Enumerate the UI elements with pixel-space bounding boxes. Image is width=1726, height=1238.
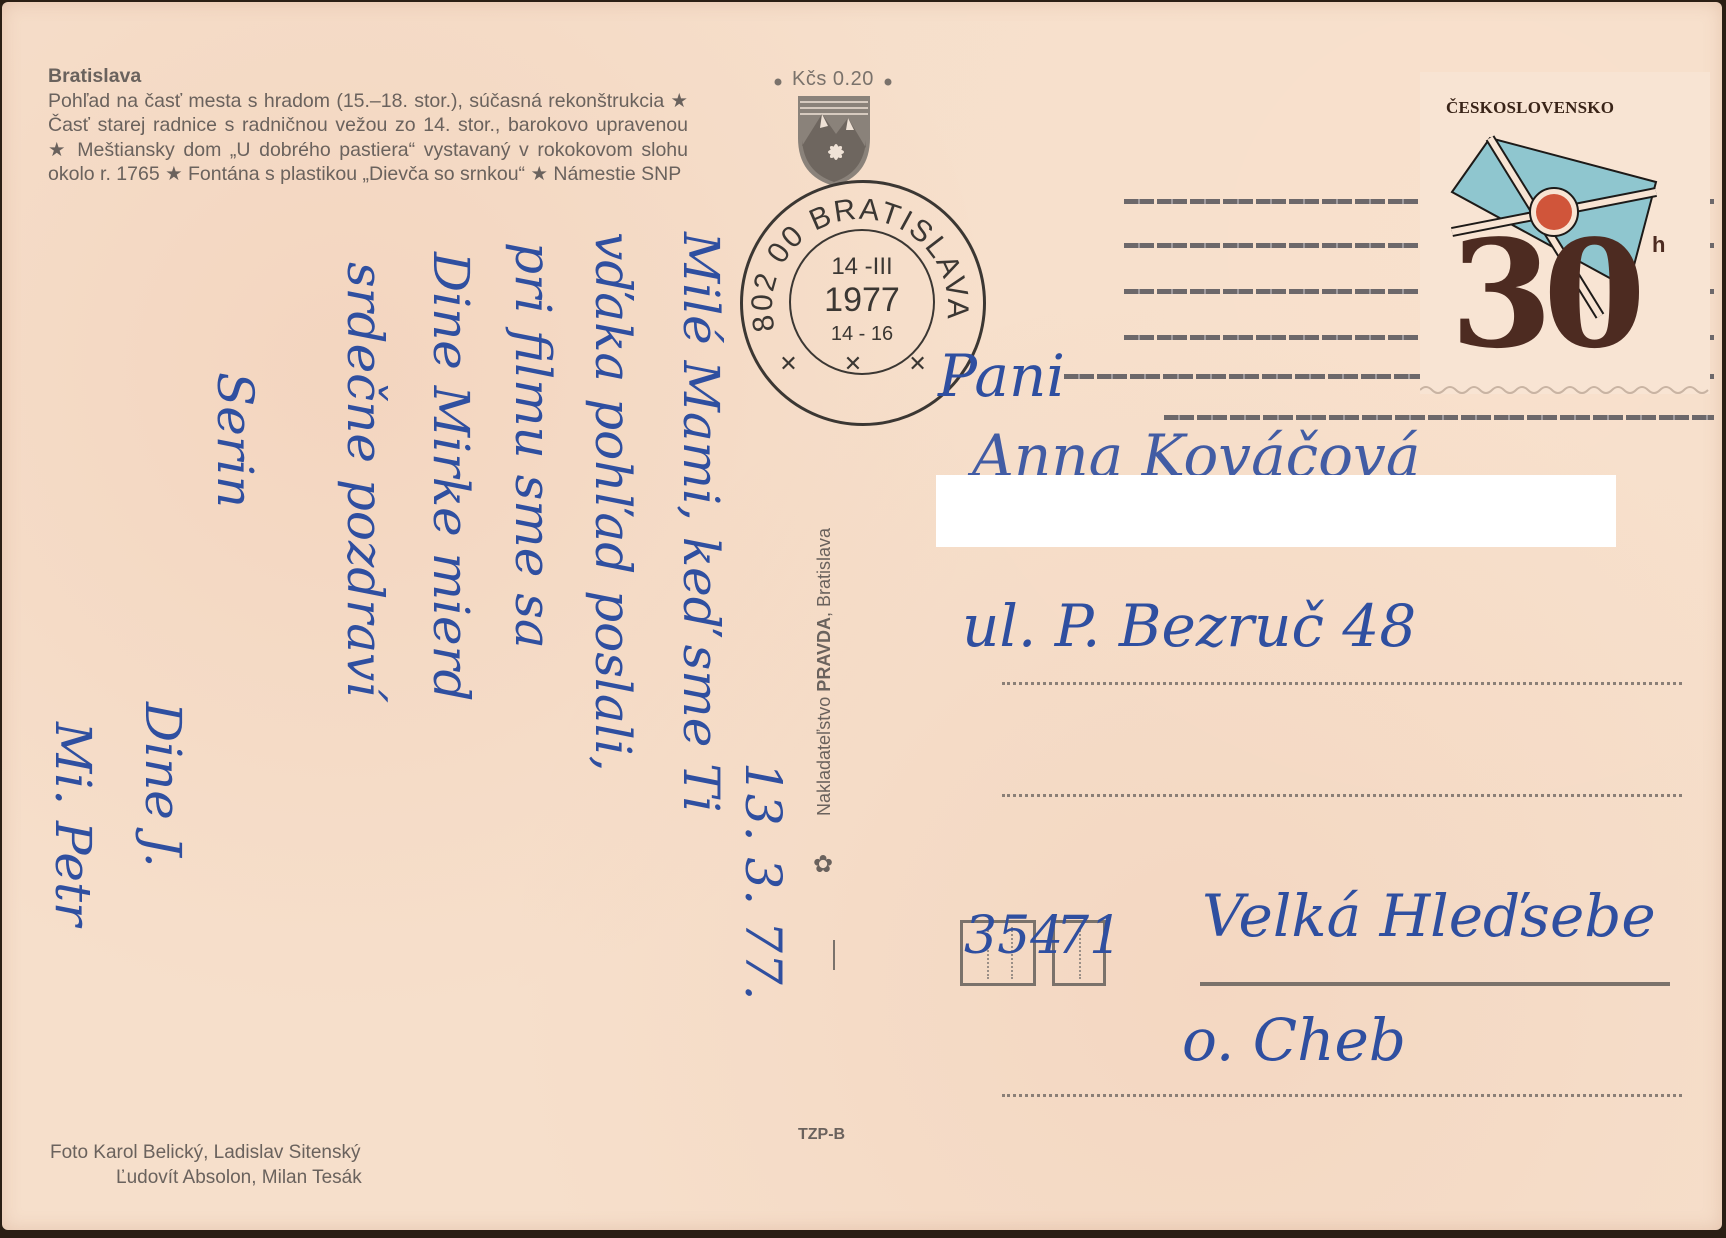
photo-credits: Foto Karol Belický, Ladislav Sitenský Ľu… bbox=[50, 1140, 362, 1190]
handwritten-salutation: Pani bbox=[938, 342, 1065, 410]
publisher-logo-icon: ✿ bbox=[810, 852, 836, 878]
caption-block: Bratislava Pohľad na časť mesta s hradom… bbox=[48, 64, 688, 187]
publisher-imprint: Nakladateľstvo PRAVDA, Bratislava bbox=[814, 366, 835, 816]
postage-stamp: ČESKOSLOVENSKO 30 h bbox=[1420, 72, 1710, 394]
message-line: pri filmu sme sa bbox=[504, 242, 562, 649]
handwritten-date: 13. 3. 77. bbox=[734, 762, 792, 1001]
publisher-city: , Bratislava bbox=[814, 528, 834, 617]
message-line: Serin bbox=[206, 372, 264, 508]
address-line-5 bbox=[1002, 1094, 1682, 1097]
address-line-3 bbox=[1002, 794, 1682, 797]
message-line: srdečne pozdraví bbox=[336, 262, 394, 697]
cancel-line bbox=[1164, 415, 1714, 420]
message-line: Milé Mami, keď sme Ti bbox=[672, 232, 730, 813]
message-line: vďaka pohľad poslali, bbox=[584, 232, 642, 772]
stamp-unit: h bbox=[1652, 232, 1665, 258]
postmark-time: 14 - 16 bbox=[791, 323, 933, 346]
message-line: Dine Mirke mierd bbox=[422, 252, 480, 702]
city-line bbox=[1200, 982, 1670, 986]
postcard-back: Bratislava Pohľad na časť mesta s hradom… bbox=[2, 2, 1722, 1230]
center-divider bbox=[833, 940, 835, 970]
credits-line-1: Foto Karol Belický, Ladislav Sitenský bbox=[50, 1140, 362, 1165]
series-code: TZP-B bbox=[798, 1126, 845, 1144]
postmark-year: 1977 bbox=[791, 281, 933, 320]
caption-title: Bratislava bbox=[48, 64, 688, 89]
handwritten-district: o. Cheb bbox=[1182, 1006, 1406, 1074]
publisher-name: PRAVDA bbox=[814, 617, 834, 692]
caption-body: Pohľad na časť mesta s hradom (15.–18. s… bbox=[48, 89, 688, 187]
redaction-box bbox=[936, 475, 1616, 547]
address-line-2 bbox=[1002, 682, 1682, 685]
handwritten-street: ul. P. Bezruč 48 bbox=[962, 592, 1416, 660]
credits-line-2: Ľudovít Absolon, Milan Tesák bbox=[50, 1165, 362, 1190]
stamp-country: ČESKOSLOVENSKO bbox=[1446, 98, 1614, 118]
stamp-value: 30 bbox=[1450, 220, 1636, 368]
cachet-fee: Kčs 0.20 bbox=[792, 68, 874, 91]
handwritten-zip-2: 71 bbox=[1056, 906, 1122, 966]
message-line: Mi. Petr bbox=[44, 722, 102, 926]
publisher-prefix: Nakladateľstvo bbox=[814, 692, 834, 816]
message-line: Dine J. bbox=[134, 702, 192, 868]
handwritten-zip-1: 354 bbox=[964, 906, 1063, 966]
handwritten-city: Velká Hleďsebe bbox=[1202, 882, 1656, 950]
postmark-day-month: 14 -III bbox=[791, 253, 933, 281]
